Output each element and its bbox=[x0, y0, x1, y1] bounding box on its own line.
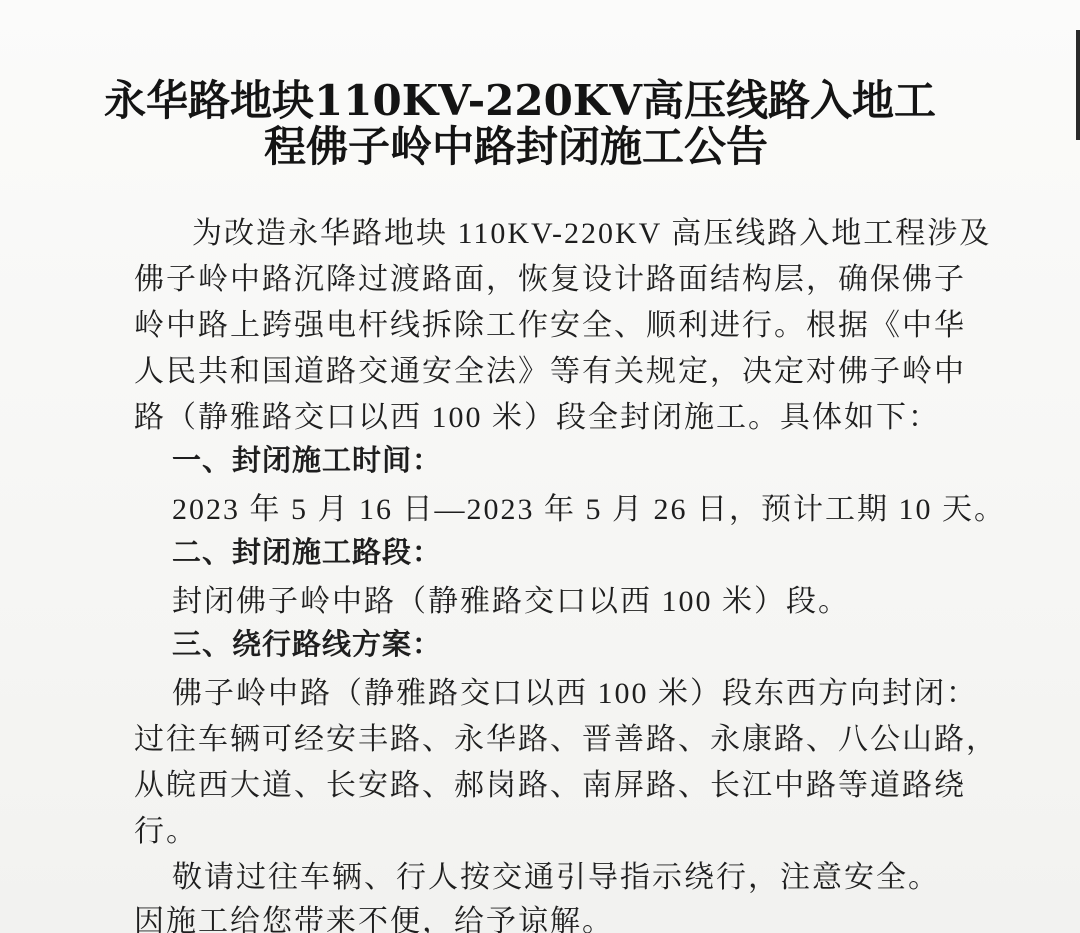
section-1-line-1: 2023 年 5 月 16 日—2023 年 5 月 26 日，预计工期 10 … bbox=[172, 484, 1006, 528]
section-2-line-1: 封闭佛子岭中路（静雅路交口以西 100 米）段。 bbox=[172, 576, 850, 620]
section-3-heading: 三、绕行路线方案： bbox=[172, 622, 442, 663]
closing-line-2: 因施工给您带来不便，给予谅解。 bbox=[134, 896, 614, 933]
intro-line-3: 岭中路上跨强电杆线拆除工作安全、顺利进行。根据《中华 bbox=[134, 300, 966, 344]
section-1-heading: 一、封闭施工时间： bbox=[172, 438, 442, 479]
intro-line-2: 佛子岭中路沉降过渡路面，恢复设计路面结构层，确保佛子 bbox=[134, 254, 966, 298]
closing-line-1: 敬请过往车辆、行人按交通引导指示绕行，注意安全。 bbox=[172, 852, 940, 896]
section-3-line-2: 过往车辆可经安丰路、永华路、晋善路、永康路、八公山路， bbox=[134, 714, 998, 758]
section-3-line-1: 佛子岭中路（静雅路交口以西 100 米）段东西方向封闭： bbox=[172, 668, 978, 712]
scanned-notice-page: 永华路地块110KV-220KV高压线路入地工 程佛子岭中路封闭施工公告 为改造… bbox=[0, 0, 1080, 933]
intro-line-1: 为改造永华路地块 110KV-220KV 高压线路入地工程涉及 bbox=[192, 208, 991, 252]
section-2-heading: 二、封闭施工路段： bbox=[172, 530, 442, 571]
page-edge-shadow bbox=[1076, 30, 1080, 140]
section-3-line-3: 从皖西大道、长安路、郝岗路、南屏路、长江中路等道路绕 bbox=[134, 760, 966, 804]
section-3-line-4: 行。 bbox=[134, 806, 198, 850]
notice-title-line-2: 程佛子岭中路封闭施工公告 bbox=[0, 114, 1056, 174]
intro-line-5: 路（静雅路交口以西 100 米）段全封闭施工。具体如下： bbox=[134, 392, 940, 436]
intro-line-4: 人民共和国道路交通安全法》等有关规定，决定对佛子岭中 bbox=[134, 346, 966, 390]
